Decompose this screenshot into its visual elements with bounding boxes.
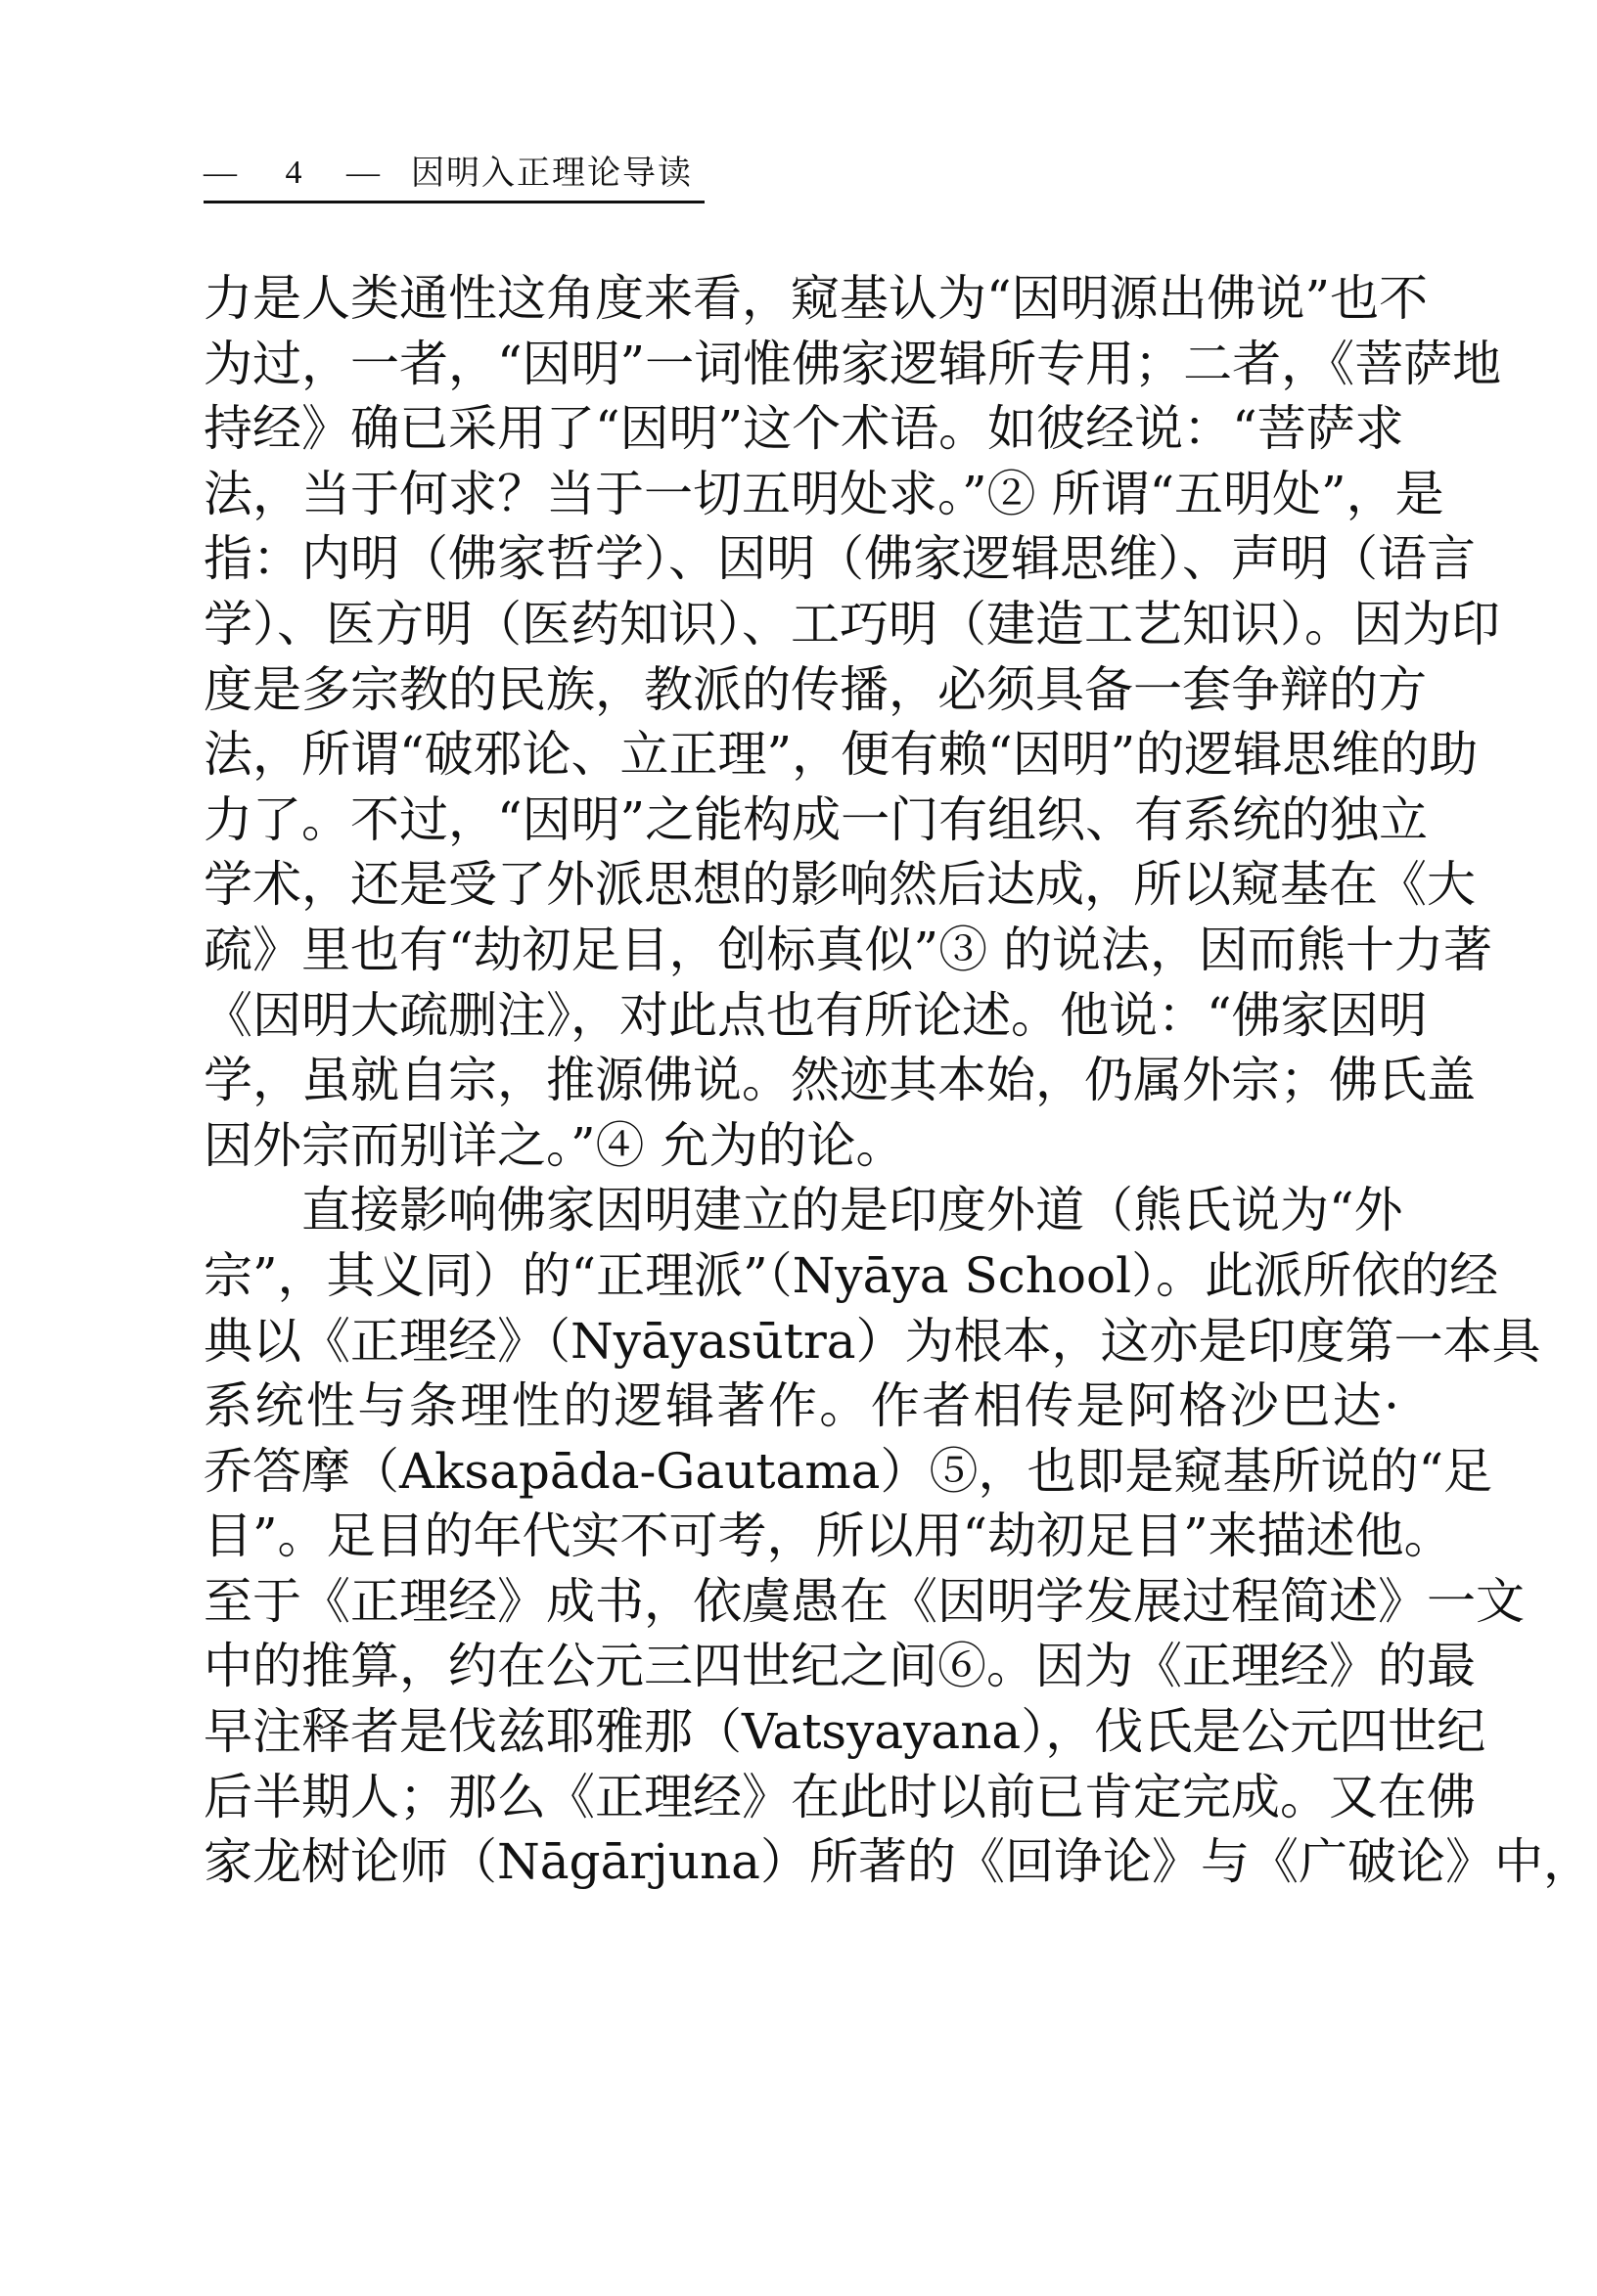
text-line: 力了。不过，“因明”之能构成一门有组织、有系统的独立	[204, 788, 1399, 853]
text-line: 乔答摩（Aksapāda-Gautama）⑤，也即是窥基所说的“足	[204, 1439, 1399, 1505]
text-line: 宗”，其义同）的“正理派”（Nyāya School）。此派所依的经	[204, 1243, 1399, 1309]
body-text: 力是人类通性这角度来看，窥基认为“因明源出佛说”也不 为过，一者，“因明”一词惟…	[204, 266, 1399, 1895]
text-line: 中的推算，约在公元三四世纪之间⑥。因为《正理经》的最	[204, 1634, 1399, 1699]
text-line: 后半期人；那么《正理经》在此时以前已肯定完成。又在佛	[204, 1765, 1399, 1830]
text-line: 力是人类通性这角度来看，窥基认为“因明源出佛说”也不	[204, 266, 1399, 332]
text-line: 目”。足目的年代实不可考，所以用“劫初足目”来描述他。	[204, 1504, 1399, 1569]
text-line: 因外宗而别详之。”④ 允为的论。	[204, 1113, 1399, 1179]
text-line: 直接影响佛家因明建立的是印度外道（熊氏说为“外	[204, 1178, 1399, 1243]
text-line: 《因明大疏删注》，对此点也有所论述。他说：“佛家因明	[204, 983, 1399, 1049]
text-line: 家龙树论师（Nāgārjuna）所著的《回诤论》与《广破论》中，	[204, 1829, 1399, 1895]
paragraph-1: 力是人类通性这角度来看，窥基认为“因明源出佛说”也不 为过，一者，“因明”一词惟…	[204, 266, 1399, 1178]
page-number-dash-right: —	[329, 154, 397, 193]
text-line: 为过，一者，“因明”一词惟佛家逻辑所专用；二者，《菩萨地	[204, 332, 1399, 397]
text-line: 学术，还是受了外派思想的影响然后达成，所以窥基在《大	[204, 852, 1399, 918]
running-header: — 4 — 因明入正理论导读	[204, 149, 705, 203]
text-line: 系统性与条理性的逻辑著作。作者相传是阿格沙巴达·	[204, 1373, 1399, 1439]
text-line: 法，当于何求？当于一切五明处求。”② 所谓“五明处”，是	[204, 462, 1399, 527]
text-line: 至于《正理经》成书，依虞愚在《因明学发展过程简述》一文	[204, 1569, 1399, 1635]
page-number: 4	[258, 154, 329, 193]
text-line: 指：内明（佛家哲学）、因明（佛家逻辑思维）、声明（语言	[204, 526, 1399, 592]
text-line: 法，所谓“破邪论、立正理”，便有赖“因明”的逻辑思维的助	[204, 722, 1399, 788]
book-title: 因明入正理论导读	[411, 154, 693, 193]
text-line: 早注释者是伐兹耶雅那（Vatsyayana），伐氏是公元四世纪	[204, 1699, 1399, 1765]
text-line: 学）、医方明（医药知识）、工巧明（建造工艺知识）。因为印	[204, 592, 1399, 657]
text-line: 典以《正理经》（Nyāyasūtra）为根本，这亦是印度第一本具	[204, 1309, 1399, 1374]
text-line: 度是多宗教的民族，教派的传播，必须具备一套争辩的方	[204, 657, 1399, 723]
text-line: 疏》里也有“劫初足目，创标真似”③ 的说法，因而熊十力著	[204, 918, 1399, 983]
text-line: 学，虽就自宗，推源佛说。然迹其本始，仍属外宗；佛氏盖	[204, 1048, 1399, 1113]
page-number-dash-left: —	[204, 154, 258, 193]
text-line: 持经》确已采用了“因明”这个术语。如彼经说：“菩萨求	[204, 396, 1399, 462]
paragraph-2: 直接影响佛家因明建立的是印度外道（熊氏说为“外 宗”，其义同）的“正理派”（Ny…	[204, 1178, 1399, 1895]
